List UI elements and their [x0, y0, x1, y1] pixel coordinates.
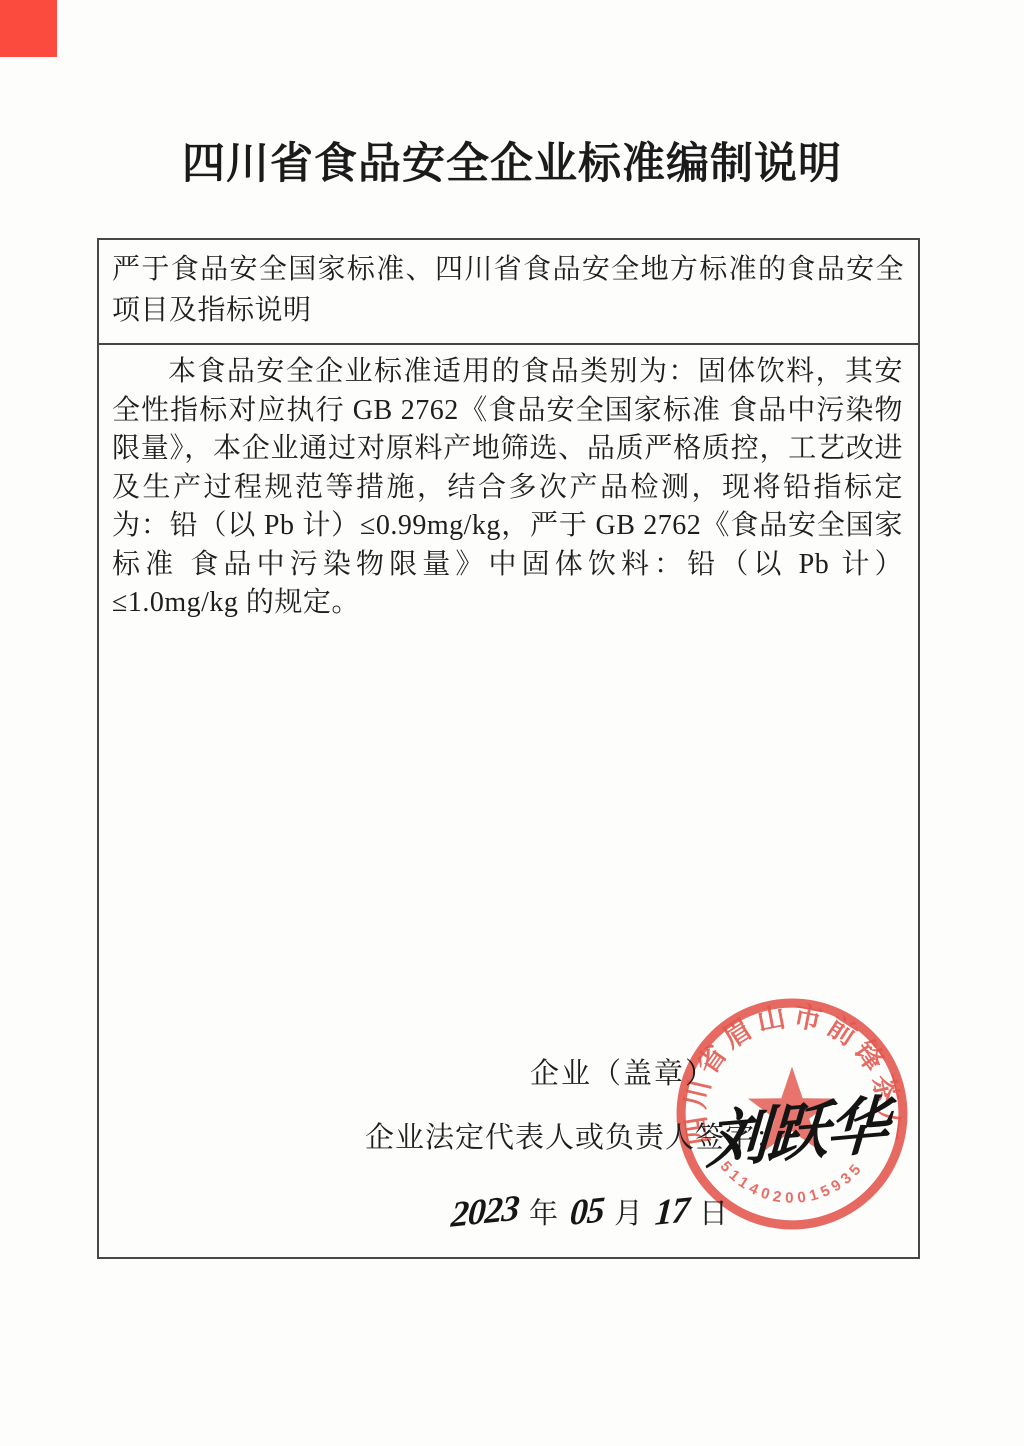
scanned-document-page: 四川省食品安全企业标准编制说明 严于食品安全国家标准、四川省食品安全地方标准的食… — [0, 0, 1024, 1446]
table-header-cell: 严于食品安全国家标准、四川省食品安全地方标准的食品安全项目及指标说明 — [99, 240, 918, 345]
document-title: 四川省食品安全企业标准编制说明 — [0, 130, 1024, 191]
standard-explanation-table: 严于食品安全国家标准、四川省食品安全地方标准的食品安全项目及指标说明 本食品安全… — [97, 238, 920, 1259]
year-label: 年 — [529, 1191, 560, 1232]
handwritten-month: 05 — [569, 1188, 606, 1234]
date-line: 2023年05月17日 — [445, 1190, 734, 1232]
day-label: 日 — [699, 1191, 730, 1232]
handwritten-year: 2023 — [450, 1186, 521, 1236]
explanation-paragraph: 本食品安全企业标准适用的食品类别为：固体饮料，其安全性指标对应执行 GB 276… — [99, 345, 918, 623]
scan-corner-mark — [0, 0, 57, 57]
month-label: 月 — [614, 1191, 645, 1232]
handwritten-signature: 刘跃华 — [705, 1075, 889, 1180]
table-body-cell: 本食品安全企业标准适用的食品类别为：固体饮料，其安全性指标对应执行 GB 276… — [99, 345, 918, 1269]
handwritten-day: 17 — [654, 1188, 691, 1234]
